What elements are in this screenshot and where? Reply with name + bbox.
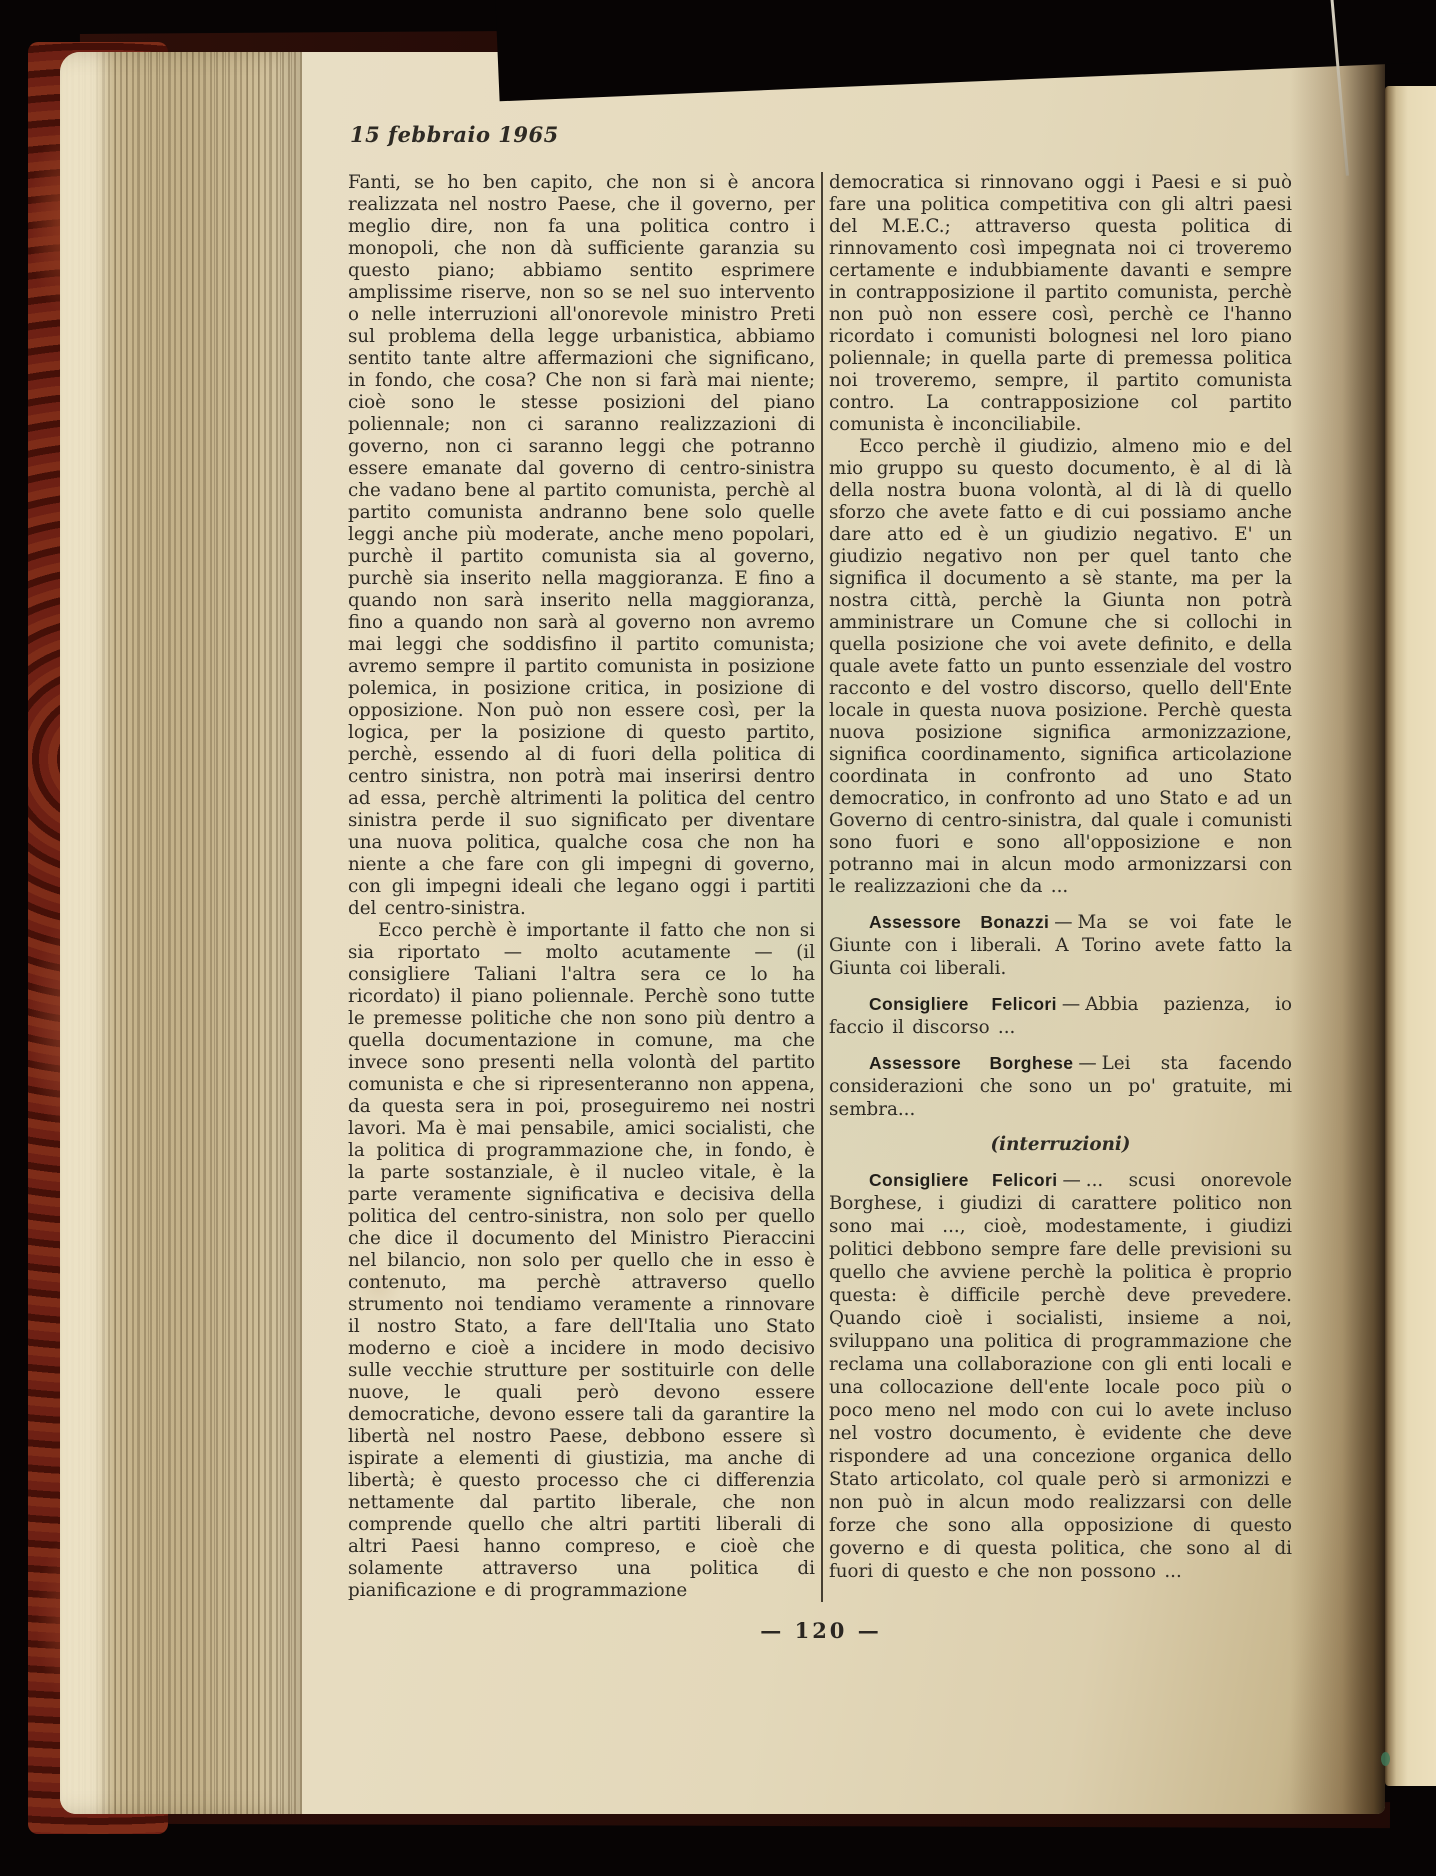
speech-dash: — [1073, 1053, 1101, 1074]
speaker-name: Assessore Bonazzi [869, 912, 1049, 932]
speech-paragraph: Assessore Bonazzi—Ma se voi fate le Giun… [829, 911, 1292, 980]
body-paragraph: Ecco perchè il giudizio, almeno mio e de… [829, 436, 1292, 898]
speech-text: ... scusi onorevole Borghese, i giudizi … [829, 1170, 1292, 1582]
speaker-name: Consigliere Felicori [869, 994, 1057, 1014]
speaker-name: Assessore Borghese [869, 1053, 1073, 1073]
gutter-shadow [1290, 52, 1385, 1814]
book-scan-photo: 15 febbraio 1965 Fanti, se ho ben capito… [0, 0, 1436, 1876]
body-paragraph: Fanti, se ho ben capito, che non si è an… [348, 172, 815, 920]
bookmark-ribbon-tip [1381, 1752, 1390, 1766]
speaker-name: Consigliere Felicori [869, 1170, 1058, 1190]
speech-dash: — [1058, 1170, 1086, 1191]
page-number: — 120 — [348, 1618, 1294, 1643]
book-page: 15 febbraio 1965 Fanti, se ho ben capito… [60, 52, 1385, 1814]
two-column-text: Fanti, se ho ben capito, che non si è an… [348, 172, 1294, 1602]
body-paragraph: Ecco perchè è importante il fatto che no… [348, 920, 815, 1602]
speech-dash: — [1057, 994, 1085, 1015]
page-text-block: 15 febbraio 1965 Fanti, se ho ben capito… [348, 122, 1294, 1643]
right-column: democratica si rinnovano oggi i Paesi e … [821, 172, 1292, 1602]
speech-dash: — [1049, 912, 1077, 933]
speech-paragraph: Consigliere Felicori—... scusi onorevole… [829, 1169, 1292, 1583]
left-column: Fanti, se ho ben capito, che non si è an… [348, 172, 815, 1602]
speech-paragraph: Assessore Borghese—Lei sta facendo consi… [829, 1052, 1292, 1121]
page-header-date: 15 febbraio 1965 [350, 122, 1294, 147]
opposite-page-edge [1385, 86, 1436, 1786]
stage-direction: (interruzioni) [829, 1134, 1292, 1156]
speech-paragraph: Consigliere Felicori—Abbia pazienza, io … [829, 993, 1292, 1039]
body-paragraph: democratica si rinnovano oggi i Paesi e … [829, 172, 1292, 436]
page-edges-stack [60, 52, 302, 1814]
